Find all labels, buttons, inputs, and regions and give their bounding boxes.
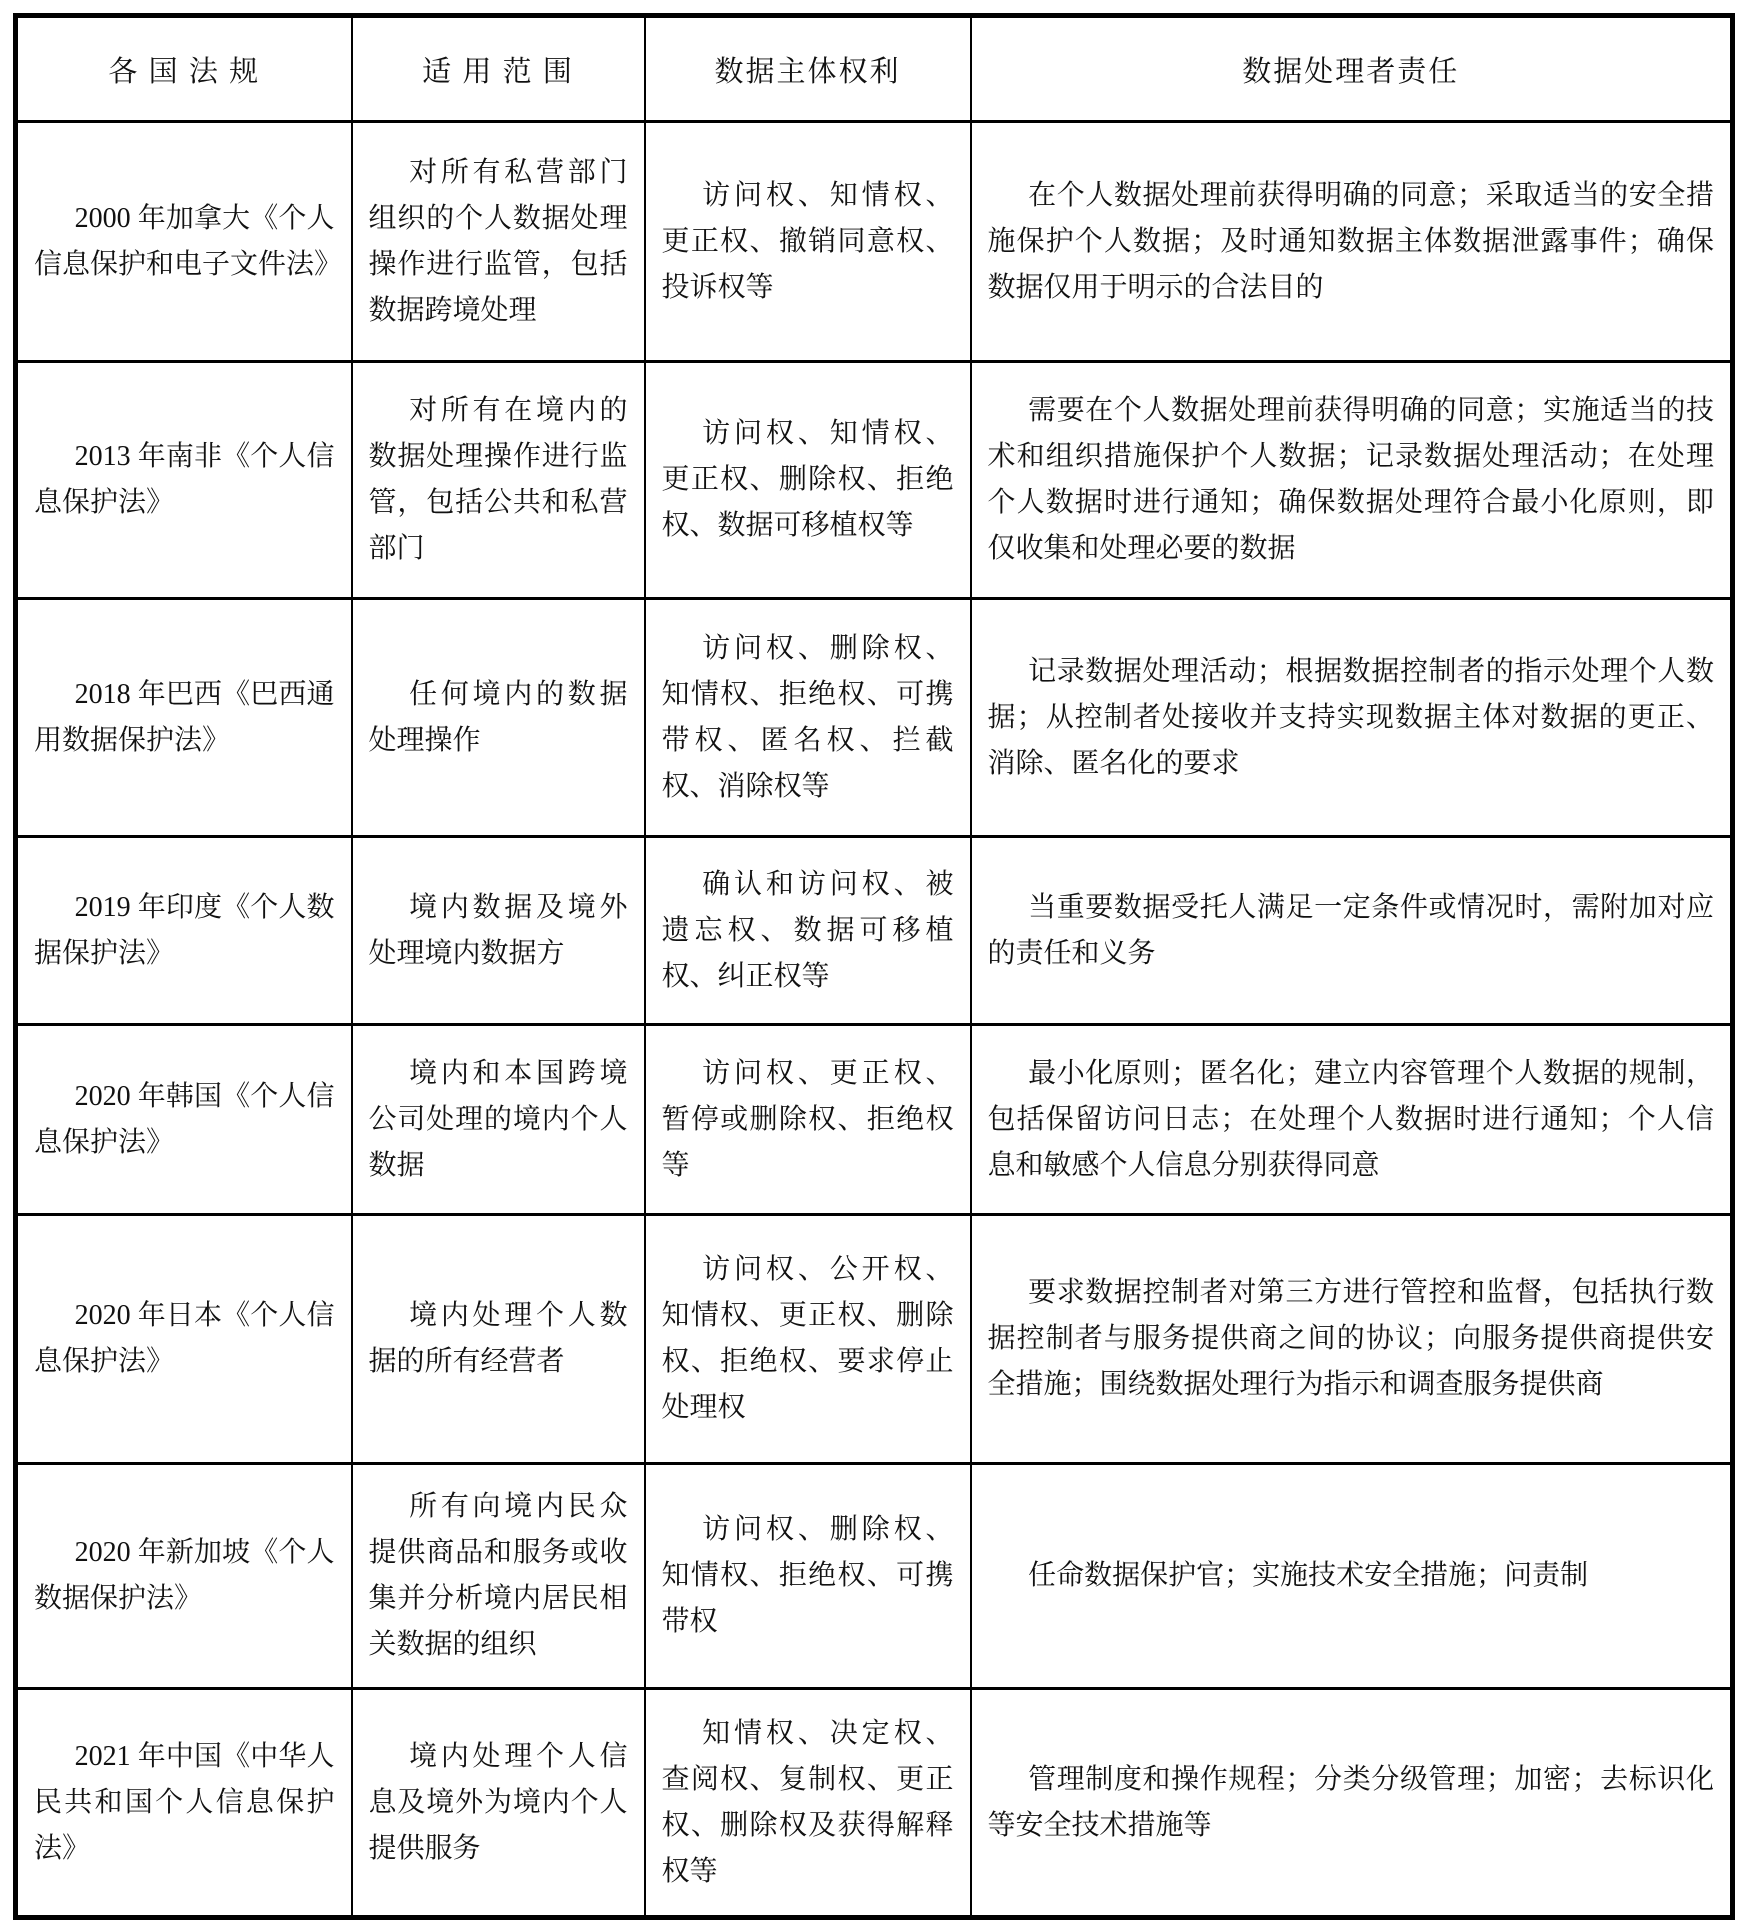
scanned-document-page: 各 国 法 规 适 用 范 围 数据主体权利 数据处理者责任 2000 年加拿大… (0, 0, 1743, 1930)
cell-rights: 确认和访问权、被遗忘权、数据可移植权、纠正权等 (645, 837, 971, 1025)
cell-rights: 访问权、删除权、知情权、拒绝权、可携带权、匿名权、拦截权、消除权等 (645, 599, 971, 837)
table-row: 2021 年中国《中华人民共和国个人信息保护法》 境内处理个人信息及境外为境内个… (16, 1689, 1733, 1918)
cell-rights: 访问权、公开权、知情权、更正权、删除权、拒绝权、要求停止处理权 (645, 1215, 971, 1464)
cell-scope: 境内处理个人信息及境外为境内个人提供服务 (352, 1689, 645, 1918)
cell-duties: 当重要数据受托人满足一定条件或情况时，需附加对应的责任和义务 (971, 837, 1733, 1025)
column-header-duties: 数据处理者责任 (971, 16, 1733, 122)
cell-law: 2013 年南非《个人信息保护法》 (16, 362, 352, 599)
table-row: 2013 年南非《个人信息保护法》 对所有在境内的数据处理操作进行监管，包括公共… (16, 362, 1733, 599)
table-row: 2018 年巴西《巴西通用数据保护法》 任何境内的数据处理操作 访问权、删除权、… (16, 599, 1733, 837)
cell-scope: 境内处理个人数据的所有经营者 (352, 1215, 645, 1464)
data-protection-laws-table: 各 国 法 规 适 用 范 围 数据主体权利 数据处理者责任 2000 年加拿大… (13, 13, 1735, 1920)
column-header-law: 各 国 法 规 (16, 16, 352, 122)
header-row: 各 国 法 规 适 用 范 围 数据主体权利 数据处理者责任 (16, 16, 1733, 122)
cell-law: 2020 年日本《个人信息保护法》 (16, 1215, 352, 1464)
table-row: 2020 年韩国《个人信息保护法》 境内和本国跨境公司处理的境内个人数据 访问权… (16, 1025, 1733, 1215)
cell-rights: 访问权、更正权、暂停或删除权、拒绝权等 (645, 1025, 971, 1215)
column-header-rights: 数据主体权利 (645, 16, 971, 122)
cell-duties: 在个人数据处理前获得明确的同意；采取适当的安全措施保护个人数据；及时通知数据主体… (971, 122, 1733, 362)
cell-scope: 境内数据及境外处理境内数据方 (352, 837, 645, 1025)
cell-law: 2019 年印度《个人数据保护法》 (16, 837, 352, 1025)
cell-law: 2020 年韩国《个人信息保护法》 (16, 1025, 352, 1215)
cell-rights: 知情权、决定权、查阅权、复制权、更正权、删除权及获得解释权等 (645, 1689, 971, 1918)
cell-duties: 记录数据处理活动；根据数据控制者的指示处理个人数据；从控制者处接收并支持实现数据… (971, 599, 1733, 837)
cell-duties: 任命数据保护官；实施技术安全措施；问责制 (971, 1464, 1733, 1689)
table-row: 2000 年加拿大《个人信息保护和电子文件法》 对所有私营部门组织的个人数据处理… (16, 122, 1733, 362)
cell-rights: 访问权、知情权、更正权、删除权、拒绝权、数据可移植权等 (645, 362, 971, 599)
cell-law: 2018 年巴西《巴西通用数据保护法》 (16, 599, 352, 837)
cell-law: 2000 年加拿大《个人信息保护和电子文件法》 (16, 122, 352, 362)
cell-scope: 任何境内的数据处理操作 (352, 599, 645, 837)
cell-duties: 要求数据控制者对第三方进行管控和监督，包括执行数据控制者与服务提供商之间的协议；… (971, 1215, 1733, 1464)
cell-scope: 境内和本国跨境公司处理的境内个人数据 (352, 1025, 645, 1215)
cell-scope: 对所有在境内的数据处理操作进行监管，包括公共和私营部门 (352, 362, 645, 599)
table-row: 2020 年新加坡《个人数据保护法》 所有向境内民众提供商品和服务或收集并分析境… (16, 1464, 1733, 1689)
cell-law: 2021 年中国《中华人民共和国个人信息保护法》 (16, 1689, 352, 1918)
cell-scope: 对所有私营部门组织的个人数据处理操作进行监管，包括数据跨境处理 (352, 122, 645, 362)
cell-rights: 访问权、知情权、更正权、撤销同意权、投诉权等 (645, 122, 971, 362)
cell-duties: 最小化原则；匿名化；建立内容管理个人数据的规制，包括保留访问日志；在处理个人数据… (971, 1025, 1733, 1215)
table-row: 2019 年印度《个人数据保护法》 境内数据及境外处理境内数据方 确认和访问权、… (16, 837, 1733, 1025)
cell-scope: 所有向境内民众提供商品和服务或收集并分析境内居民相关数据的组织 (352, 1464, 645, 1689)
cell-duties: 管理制度和操作规程；分类分级管理；加密；去标识化等安全技术措施等 (971, 1689, 1733, 1918)
table-row: 2020 年日本《个人信息保护法》 境内处理个人数据的所有经营者 访问权、公开权… (16, 1215, 1733, 1464)
cell-law: 2020 年新加坡《个人数据保护法》 (16, 1464, 352, 1689)
column-header-scope: 适 用 范 围 (352, 16, 645, 122)
cell-duties: 需要在个人数据处理前获得明确的同意；实施适当的技术和组织措施保护个人数据；记录数… (971, 362, 1733, 599)
cell-rights: 访问权、删除权、知情权、拒绝权、可携带权 (645, 1464, 971, 1689)
